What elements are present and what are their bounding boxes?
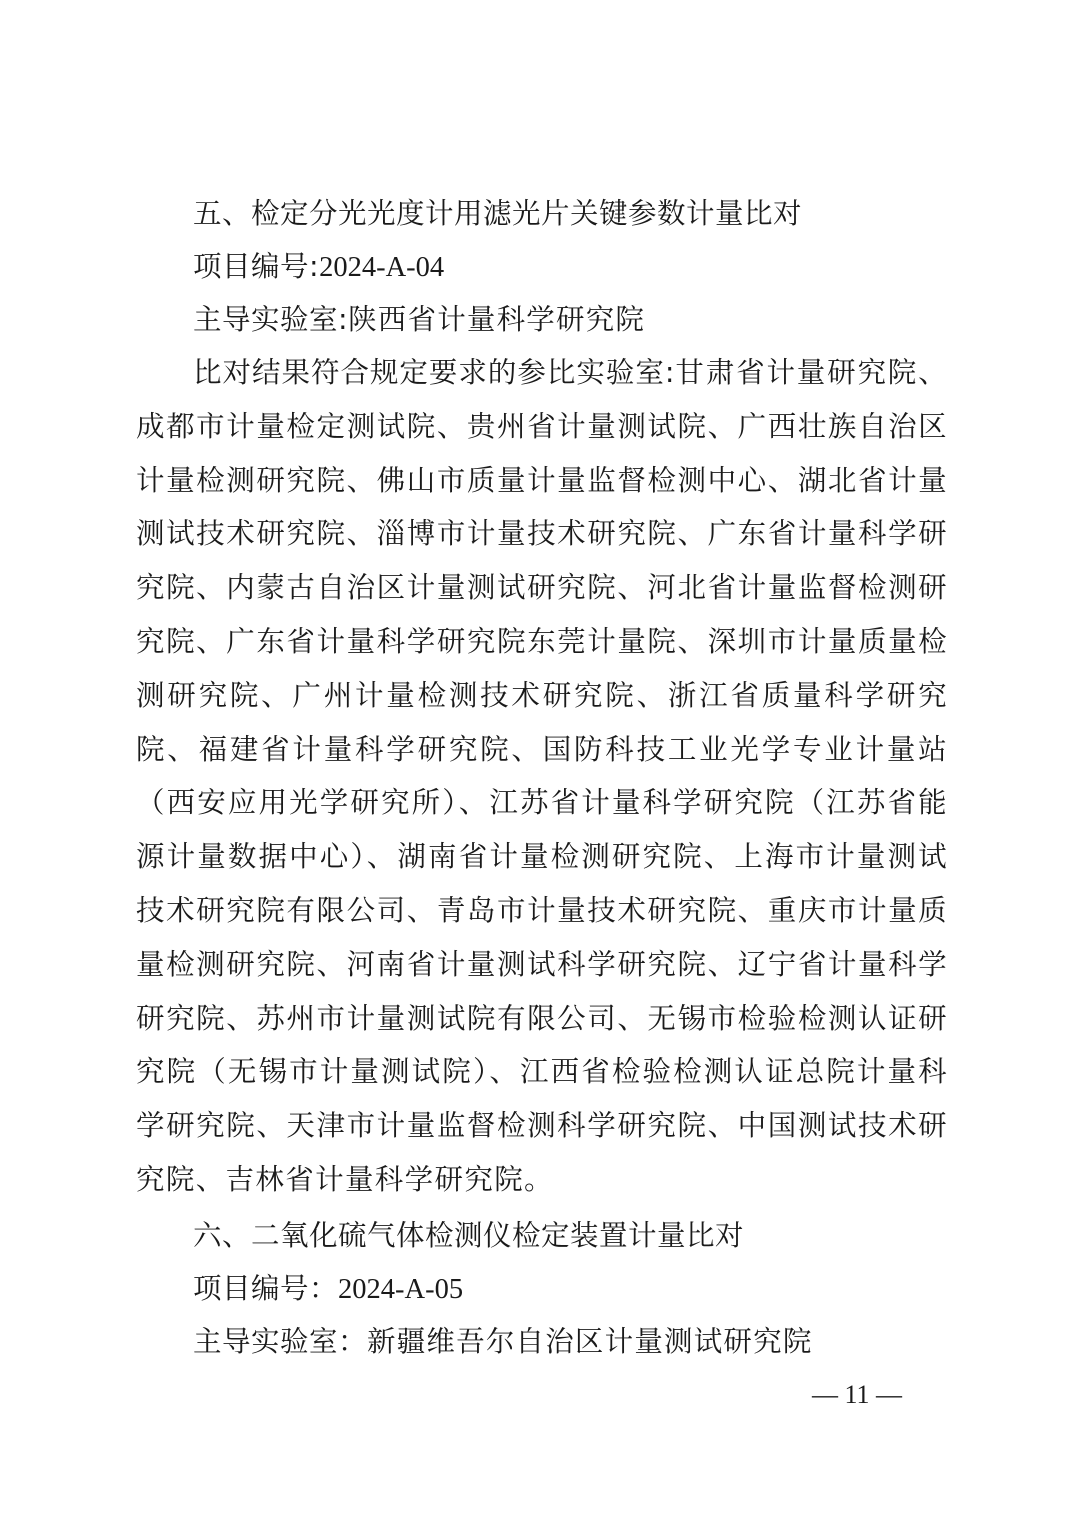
participants-list: 甘肃省计量研究院、成都市计量检定测试院、贵州省计量测试院、广西壮族自治区计量检测… <box>136 356 948 1196</box>
lead-lab-value: 陕西省计量科学研究院 <box>348 303 645 336</box>
section-5-participants: 比对结果符合规定要求的参比实验室:甘肃省计量研究院、成都市计量检定测试院、贵州省… <box>136 346 948 1207</box>
project-number-value: 2024-A-05 <box>338 1274 463 1305</box>
project-number-label: 项目编号： <box>193 1272 338 1305</box>
project-number-value: 2024-A-04 <box>319 252 444 283</box>
lead-lab-label: 主导实验室： <box>193 1325 367 1358</box>
lead-lab-label: 主导实验室: <box>193 303 348 336</box>
section-5-lead-lab: 主导实验室:陕西省计量科学研究院 <box>193 300 1005 340</box>
page-number: — 11 — <box>812 1378 902 1412</box>
section-6-project-number: 项目编号：2024-A-05 <box>193 1269 1005 1310</box>
section-6-lead-lab: 主导实验室：新疆维吾尔自治区计量测试研究院 <box>193 1322 1005 1362</box>
section-6-heading: 六、二氧化硫气体检测仪检定装置计量比对 <box>193 1216 1005 1256</box>
document-page: 五、检定分光光度计用滤光片关键参数计量比对 项目编号:2024-A-04 主导实… <box>0 0 1080 1527</box>
project-number-label: 项目编号: <box>193 250 319 283</box>
section-5-heading: 五、检定分光光度计用滤光片关键参数计量比对 <box>193 194 1005 234</box>
participants-label: 比对结果符合规定要求的参比实验室: <box>193 356 675 389</box>
section-5-project-number: 项目编号:2024-A-04 <box>193 247 1005 288</box>
lead-lab-value: 新疆维吾尔自治区计量测试研究院 <box>367 1325 813 1358</box>
